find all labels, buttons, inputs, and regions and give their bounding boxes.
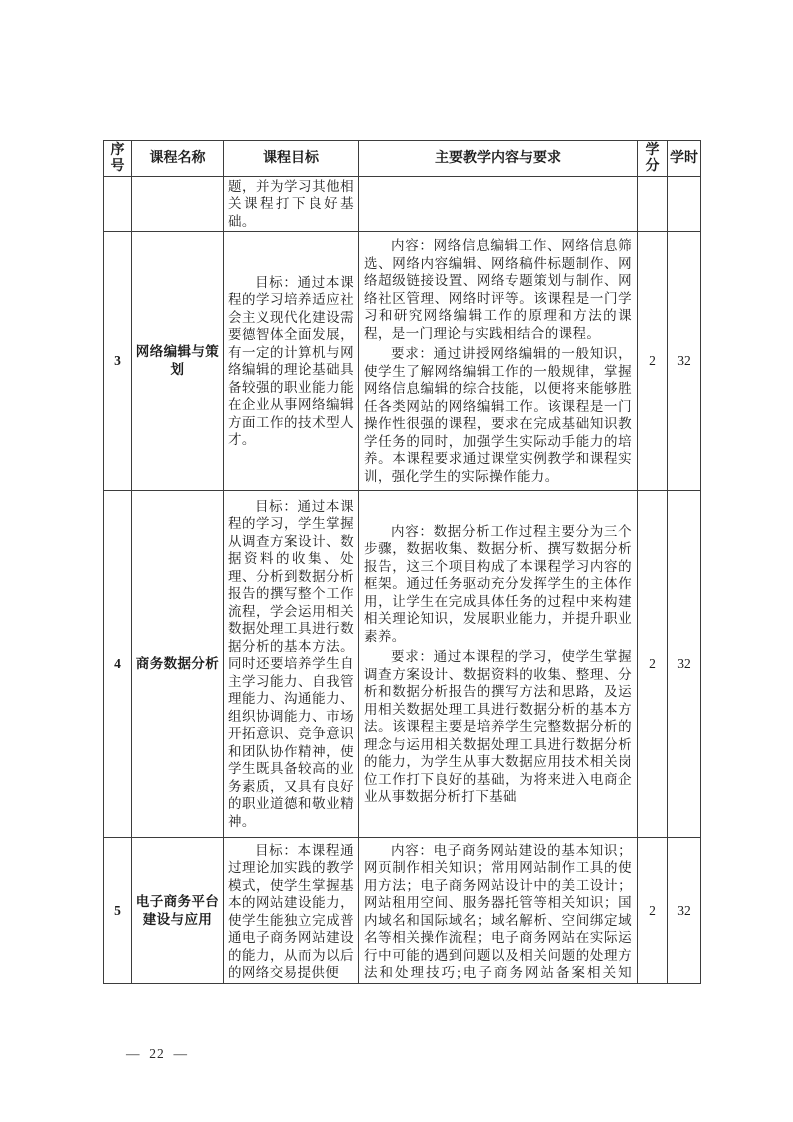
- cell-hours: [668, 177, 701, 232]
- table-row-course-3: 3 网络编辑与策划 目标：通过本课程的学习培养适应社会主义现代化建设需要德智体全…: [104, 232, 701, 491]
- header-course-goal: 课程目标: [224, 141, 359, 177]
- goal-paragraph: 目标：通过本课程的学习，学生掌握从调查方案设计、数据资料的收集、处理、分析到数据…: [228, 498, 354, 831]
- cell-teaching-content: 内容：数据分析工作过程主要分为三个步骤，数据收集、数据分析、撰写数据分析报告，这…: [359, 491, 638, 838]
- cell-credit: 2: [638, 838, 668, 984]
- cell-hours: 32: [668, 838, 701, 984]
- cell-course-name: [132, 177, 224, 232]
- content-paragraph: 内容：数据分析工作过程主要分为三个步骤，数据收集、数据分析、撰写数据分析报告，这…: [364, 523, 632, 646]
- table-header-row: 序号 课程名称 课程目标 主要教学内容与要求 学分 学时: [104, 141, 701, 177]
- cell-no: [104, 177, 132, 232]
- cell-teaching-content: 内容：电子商务网站建设的基本知识；网页制作相关知识；常用网站制作工具的使用方法；…: [359, 838, 638, 984]
- cell-course-name: 商务数据分析: [132, 491, 224, 838]
- cell-teaching-content: 内容：网络信息编辑工作、网络信息筛选、网络内容编辑、网络稿件标题制作、网络超级链…: [359, 232, 638, 491]
- content-paragraph: 内容：电子商务网站建设的基本知识；网页制作相关知识；常用网站制作工具的使用方法；…: [364, 842, 632, 982]
- cell-no: 5: [104, 838, 132, 984]
- requirement-paragraph: 要求：通过本课程的学习，使学生掌握调查方案设计、数据资料的收集、整理、分析和数据…: [364, 648, 632, 806]
- document-page: 序号 课程名称 课程目标 主要教学内容与要求 学分 学时 题，并为学习其他相关课…: [0, 0, 793, 1122]
- header-hours: 学时: [668, 141, 701, 177]
- goal-paragraph: 题，并为学习其他相关课程打下良好基础。: [228, 178, 354, 231]
- goal-paragraph: 目标：本课程通过理论加实践的教学模式，使学生掌握基本的网站建设能力，使学生能独立…: [228, 842, 354, 982]
- header-no: 序号: [104, 141, 132, 177]
- cell-credit: 2: [638, 232, 668, 491]
- requirement-paragraph: 要求：通过讲授网络编辑的一般知识，使学生了解网络编辑工作的一般规律，掌握网络信息…: [364, 345, 632, 485]
- header-teaching-content: 主要教学内容与要求: [359, 141, 638, 177]
- cell-course-name: 电子商务平台建设与应用: [132, 838, 224, 984]
- cell-course-goal: 目标：本课程通过理论加实践的教学模式，使学生掌握基本的网站建设能力，使学生能独立…: [224, 838, 359, 984]
- cell-hours: 32: [668, 232, 701, 491]
- goal-paragraph: 目标：通过本课程的学习培养适应社会主义现代化建设需要德智体全面发展，有一定的计算…: [228, 274, 354, 449]
- cell-credit: [638, 177, 668, 232]
- cell-course-goal: 题，并为学习其他相关课程打下良好基础。: [224, 177, 359, 232]
- cell-credit: 2: [638, 491, 668, 838]
- cell-hours: 32: [668, 491, 701, 838]
- cell-course-goal: 目标：通过本课程的学习培养适应社会主义现代化建设需要德智体全面发展，有一定的计算…: [224, 232, 359, 491]
- course-table: 序号 课程名称 课程目标 主要教学内容与要求 学分 学时 题，并为学习其他相关课…: [103, 140, 701, 984]
- cell-course-name: 网络编辑与策划: [132, 232, 224, 491]
- header-course-name: 课程名称: [132, 141, 224, 177]
- table-row-course-5: 5 电子商务平台建设与应用 目标：本课程通过理论加实践的教学模式，使学生掌握基本…: [104, 838, 701, 984]
- cell-course-goal: 目标：通过本课程的学习，学生掌握从调查方案设计、数据资料的收集、处理、分析到数据…: [224, 491, 359, 838]
- header-credit: 学分: [638, 141, 668, 177]
- cell-teaching-content: [359, 177, 638, 232]
- page-number: — 22 —: [126, 1046, 188, 1062]
- table-row-course-4: 4 商务数据分析 目标：通过本课程的学习，学生掌握从调查方案设计、数据资料的收集…: [104, 491, 701, 838]
- content-paragraph: 内容：网络信息编辑工作、网络信息筛选、网络内容编辑、网络稿件标题制作、网络超级链…: [364, 237, 632, 342]
- cell-no: 4: [104, 491, 132, 838]
- cell-no: 3: [104, 232, 132, 491]
- table-row-continuation: 题，并为学习其他相关课程打下良好基础。: [104, 177, 701, 232]
